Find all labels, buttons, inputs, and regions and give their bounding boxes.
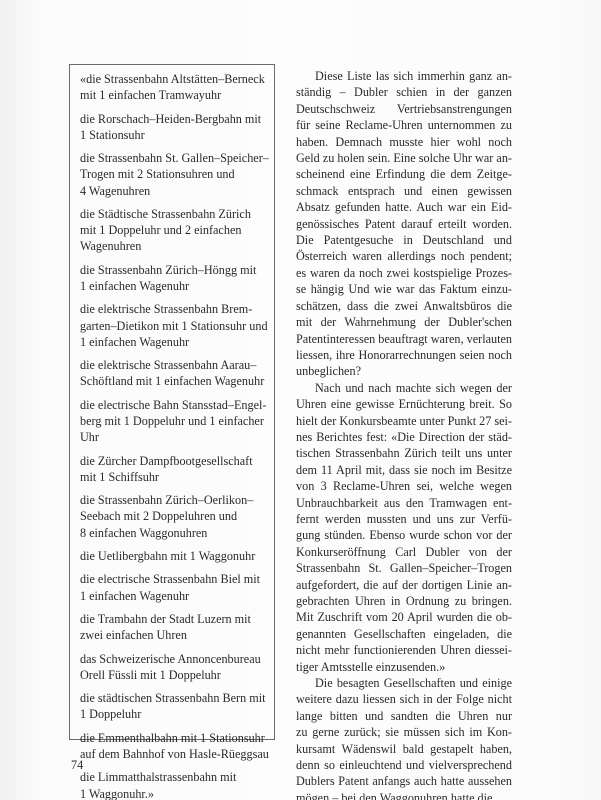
list-item: die Strassenbahn St. Gallen–Speicher–Tro… [80, 150, 274, 199]
text-line: Österreich waren allerdings noch pendent… [296, 248, 512, 264]
list-item-line: garten–Dietikon mit 1 Stationsuhr und [80, 318, 274, 334]
text-line: gung stünden. Ebenso wurde schon vor der [296, 527, 512, 543]
text-line: nicht mehr functionierenden Uhren diesse… [296, 642, 512, 658]
text-line: genannten Gesellschaften eingeladen, die [296, 626, 512, 642]
text-line: se hängig Und wie war das Faktum einzu- [296, 281, 512, 297]
text-line: gebrachten Uhren in Ordnung zu bringen. [296, 593, 512, 609]
text-line: unbeglichen? [296, 363, 512, 379]
text-line: scheinend eine Erfindung die dem Zeitge- [296, 166, 512, 182]
list-item-line: die Limmatthalstrassenbahn mit [80, 769, 274, 785]
page-number: 74 [71, 758, 83, 773]
list-item: die Trambahn der Stadt Luzern mitzwei ei… [80, 611, 274, 643]
text-line: tiger Amtsstelle einzusenden.» [296, 659, 512, 675]
list-item: die Limmatthalstrassenbahn mit1 Waggonuh… [80, 769, 274, 800]
list-item: die electrische Bahn Stansstad–Engel-ber… [80, 397, 274, 446]
text-line: kursamt Wädenswil bald gestapelt haben, [296, 741, 512, 757]
list-item-line: 1 einfachen Wagenuhr [80, 278, 274, 294]
text-line: Die besagten Gesellschaften und einige [296, 675, 512, 691]
list-item-line: die Rorschach–Heiden-Bergbahn mit [80, 111, 274, 127]
text-line: nes Berichtes fest: «Die Direction der s… [296, 429, 512, 445]
list-item-line: «die Strassenbahn Altstätten–Berneck [80, 71, 274, 87]
text-line: zu gerne zurück; sie müssen sich im Kon- [296, 724, 512, 740]
list-item-line: die Emmenthalbahn mit 1 Stationsuhr [80, 730, 274, 746]
list-item-line: 1 einfachen Wagenuhr [80, 334, 274, 350]
text-line: Absatz gefunden hatte. Auch war ein Eid- [296, 199, 512, 215]
list-item: die Uetlibergbahn mit 1 Waggonuhr [80, 548, 274, 564]
list-item: die Zürcher Dampfbootgesellschaftmit 1 S… [80, 453, 274, 485]
text-line: aufgefordert, die auf der dortigen Linie… [296, 577, 512, 593]
list-item-line: 4 Wagenuhren [80, 183, 274, 199]
list-item-line: Seebach mit 2 Doppeluhren und [80, 508, 274, 524]
list-item: die electrische Strassenbahn Biel mit1 e… [80, 571, 274, 603]
quote-box-clock-list: «die Strassenbahn Altstätten–Berneckmit … [69, 64, 275, 740]
text-line: liessen, ihre Honorarrechnungen seien no… [296, 347, 512, 363]
list-item-line: 1 Stationsuhr [80, 127, 274, 143]
list-item-line: zwei einfachen Uhren [80, 627, 274, 643]
body-paragraph: Diese Liste las sich immerhin ganz an-st… [296, 68, 512, 380]
list-item-line: mit 1 einfachen Tramwayuhr [80, 87, 274, 103]
list-item-line: die Uetlibergbahn mit 1 Waggonuhr [80, 548, 274, 564]
text-line: Deutschschweiz Vertriebsanstrengungen [296, 101, 512, 117]
text-line: Mit Zuschrift vom 20 April wurden die ob… [296, 609, 512, 625]
book-page: «die Strassenbahn Altstätten–Berneckmit … [0, 0, 601, 800]
list-item-line: die Strassenbahn Zürich–Höngg mit [80, 262, 274, 278]
text-line: denn so einleuchtend und vielversprechen… [296, 757, 512, 773]
list-item-line: die electrische Bahn Stansstad–Engel- [80, 397, 274, 413]
text-line: haben. Demnach musste hier wohl noch [296, 134, 512, 150]
list-item-line: die Zürcher Dampfbootgesellschaft [80, 453, 274, 469]
list-item-line: die städtischen Strassenbahn Bern mit [80, 690, 274, 706]
list-item-line: Schöftland mit 1 einfachen Wagenuhr [80, 373, 274, 389]
text-line: schmack entsprach und einen gewissen [296, 183, 512, 199]
list-item-line: 1 Waggonuhr.» [80, 786, 274, 800]
text-line: Strassenbahn St. Gallen–Speicher–Trogen [296, 560, 512, 576]
list-item: die städtischen Strassenbahn Bern mit1 D… [80, 690, 274, 722]
text-line: Die Patentgesuche in Deutschland und [296, 232, 512, 248]
text-line: hielt der Konkursbeamte unter Punkt 27 s… [296, 413, 512, 429]
list-item: die Strassenbahn Zürich–Höngg mit1 einfa… [80, 262, 274, 294]
list-item: die Emmenthalbahn mit 1 Stationsuhrauf d… [80, 730, 274, 762]
text-line: dem 11 April mit, dass sie noch im Besit… [296, 462, 512, 478]
list-item: die Rorschach–Heiden-Bergbahn mit1 Stati… [80, 111, 274, 143]
list-item-line: Wagenuhren [80, 238, 274, 254]
text-line: ständig – Dubler schien in der ganzen [296, 84, 512, 100]
text-line: Diese Liste las sich immerhin ganz an- [296, 68, 512, 84]
list-item-line: 8 einfachen Waggonuhren [80, 525, 274, 541]
text-line: tischen Strassenbahn Zürich teilt uns un… [296, 445, 512, 461]
list-item: die Städtische Strassenbahn Zürichmit 1 … [80, 206, 274, 255]
body-paragraph: Die besagten Gesellschaften und einigewe… [296, 675, 512, 800]
text-line: Nach und nach machte sich wegen der [296, 380, 512, 396]
text-line: schätzen, dass die zwei Anwaltsbüros die [296, 298, 512, 314]
text-line: weitere dazu liessen sich in der Folge n… [296, 691, 512, 707]
text-line: es waren da noch zwei kostspielige Proze… [296, 265, 512, 281]
list-item-line: Uhr [80, 429, 274, 445]
text-line: Konkurseröffnung Carl Dubler von der [296, 544, 512, 560]
text-line: Dublers Patent anfangs auch hatte ausseh… [296, 773, 512, 789]
text-line: Unbrauchbarkeit aus den Tramwagen ent- [296, 495, 512, 511]
list-item: die elektrische Strassenbahn Aarau–Schöf… [80, 357, 274, 389]
list-item-line: die electrische Strassenbahn Biel mit [80, 571, 274, 587]
list-item-line: Orell Füssli mit 1 Doppeluhr [80, 667, 274, 683]
text-line: für seine Reclame-Uhren unternommen zu [296, 117, 512, 133]
list-item-line: die Strassenbahn St. Gallen–Speicher– [80, 150, 274, 166]
list-item: die Strassenbahn Zürich–Oerlikon–Seebach… [80, 492, 274, 541]
list-item: «die Strassenbahn Altstätten–Berneckmit … [80, 71, 274, 103]
text-line: genössisches Patent darauf erteilt worde… [296, 216, 512, 232]
list-item-line: das Schweizerische Annoncenbureau [80, 651, 274, 667]
list-item-line: die Strassenbahn Zürich–Oerlikon– [80, 492, 274, 508]
text-line: Uhren eine gewisse Ernüchterung breit. S… [296, 396, 512, 412]
list-item-line: auf dem Bahnhof von Hasle-Rüeggsau [80, 746, 274, 762]
list-item-line: berg mit 1 Doppeluhr und 1 einfacher [80, 413, 274, 429]
body-text-column: Diese Liste las sich immerhin ganz an-st… [296, 68, 512, 800]
list-item-line: Trogen mit 2 Stationsuhren und [80, 166, 274, 182]
text-line: fernt werden mussten und uns zur Verfü- [296, 511, 512, 527]
list-item-line: die Trambahn der Stadt Luzern mit [80, 611, 274, 627]
text-line: von 3 Reclame-Uhren sei, welche wegen [296, 478, 512, 494]
list-item: das Schweizerische AnnoncenbureauOrell F… [80, 651, 274, 683]
text-line: Geld zu holen sein. Eine solche Uhr war … [296, 150, 512, 166]
list-item-line: die elektrische Strassenbahn Aarau– [80, 357, 274, 373]
list-item-line: mit 1 Doppeluhr und 2 einfachen [80, 222, 274, 238]
text-line: mögen – bei den Waggonuhren hatte die [296, 790, 512, 800]
list-item-line: die Städtische Strassenbahn Zürich [80, 206, 274, 222]
list-item-line: mit 1 Schiffsuhr [80, 469, 274, 485]
text-line: Patentinteressen beauftragt waren, verla… [296, 331, 512, 347]
list-item-line: 1 Doppeluhr [80, 706, 274, 722]
list-item-line: 1 einfachen Wagenuhr [80, 588, 274, 604]
text-line: mit der Wahrnehmung der Dubler'schen [296, 314, 512, 330]
list-item-line: die elektrische Strassenbahn Brem- [80, 301, 274, 317]
text-line: lange bitten und sandten die Uhren nur [296, 708, 512, 724]
list-item: die elektrische Strassenbahn Brem-garten… [80, 301, 274, 350]
body-paragraph: Nach und nach machte sich wegen derUhren… [296, 380, 512, 675]
